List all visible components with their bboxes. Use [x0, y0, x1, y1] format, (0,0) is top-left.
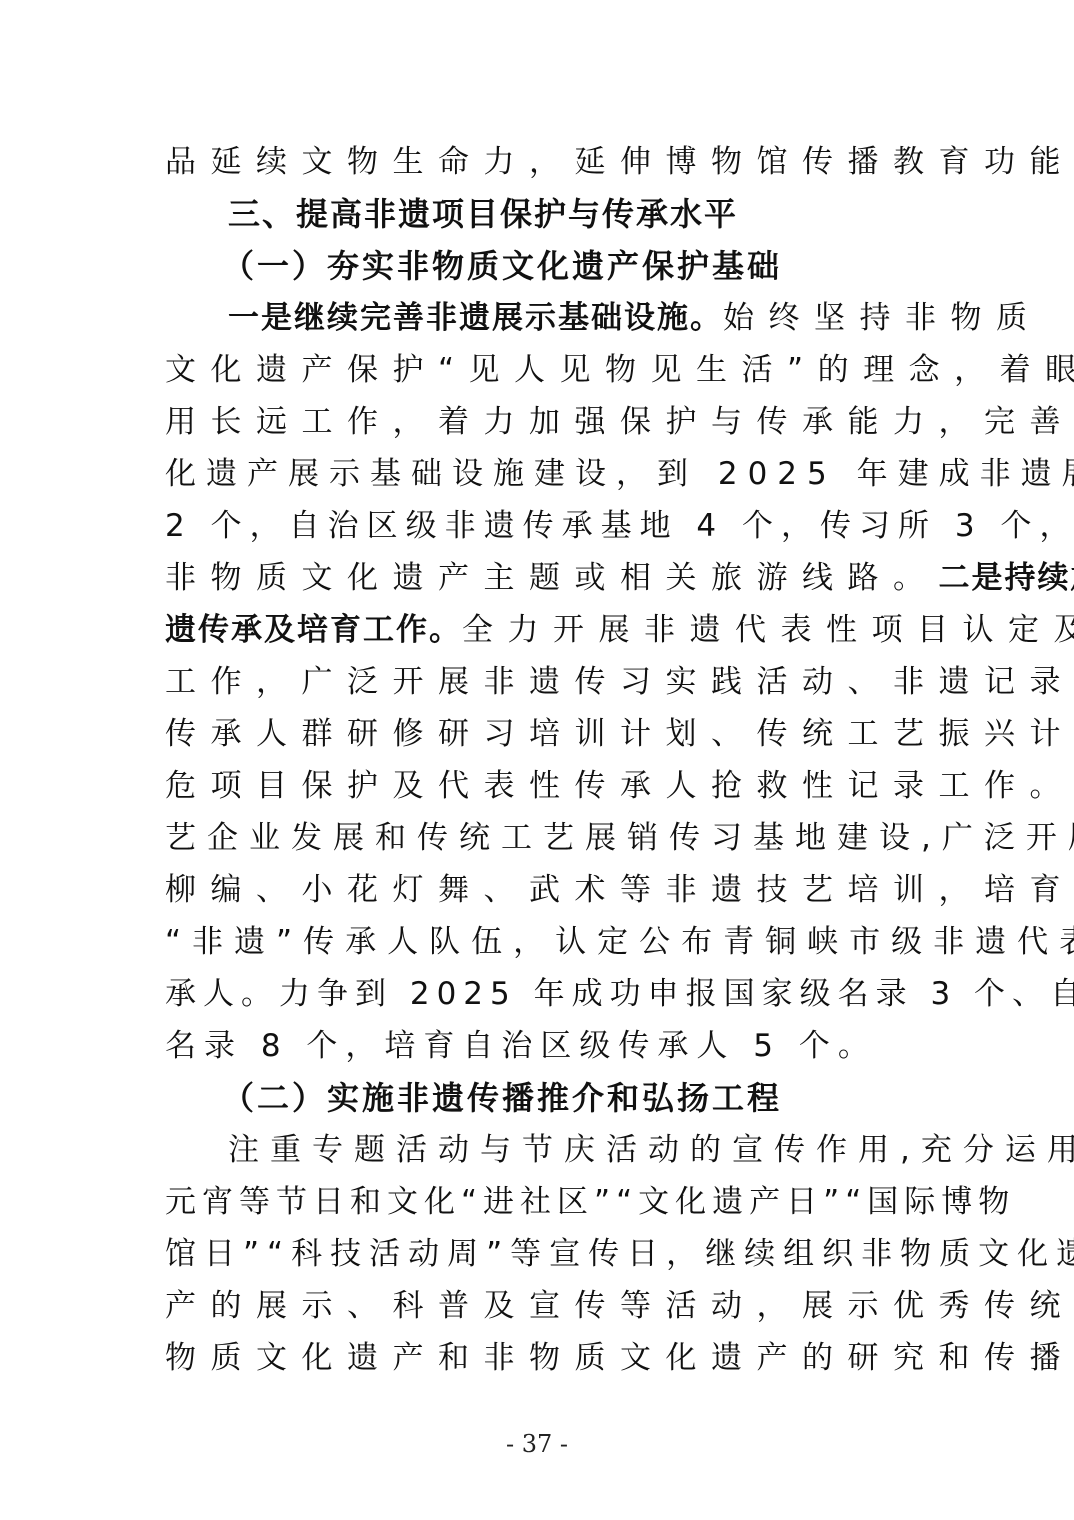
body-line: 危项目保护及代表性传承人抢救性记录工作。支持传统工 [165, 760, 913, 812]
body-line: 柳编、小花灯舞、武术等非遗技艺培训，培育壮大年轻化 [165, 864, 913, 916]
line-text: 艺企业发展和传统工艺展销传习基地建设,广泛开展剪纸、 [165, 820, 1074, 856]
body-line: 注重专题活动与节庆活动的宣传作用,充分运用春节、 [228, 1124, 913, 1176]
subsection-heading: （二）实施非遗传播推介和弘扬工程 [222, 1072, 970, 1124]
page-number: - 37 - [0, 1430, 1074, 1458]
body-line: 馆日”“科技活动周”等宣传日，继续组织非物质文化遗 [165, 1228, 913, 1280]
subsection-heading: （一）夯实非物质文化遗产保护基础 [222, 240, 970, 292]
line-text: 工作，广泛开展非遗传习实践活动、非遗记录工程、非遗 [165, 664, 1074, 700]
body-line: 化遗产展示基础设施建设，到 2025 年建成非遗展示中心 [165, 448, 913, 500]
body-line: 用长远工作，着力加强保护与传承能力，完善非物质文 [165, 396, 913, 448]
line-text: 非物质文化遗产主题或相关旅游线路。 [165, 560, 939, 596]
line-text: 名录 8 个，培育自治区级传承人 5 个。 [165, 1028, 877, 1064]
bold-lead: 二是持续加强非 [939, 560, 1074, 596]
body-line: 传承人群研修研习培训计划、传统工艺振兴计划、非遗濒 [165, 708, 913, 760]
body-line: 名录 8 个，培育自治区级传承人 5 个。 [165, 1020, 913, 1072]
body-line: 承人。力争到 2025 年成功申报国家级名录 3 个、自治区级 [165, 968, 913, 1020]
line-text: “非遗”传承人队伍，认定公布青铜峡市级非遗代表性传 [165, 924, 1074, 960]
body-line: 工作，广泛开展非遗传习实践活动、非遗记录工程、非遗 [165, 656, 913, 708]
line-text: 馆日”“科技活动周”等宣传日，继续组织非物质文化遗 [165, 1236, 1074, 1272]
bold-lead: 遗传承及培育工作。 [165, 612, 462, 648]
bold-lead: 一是继续完善非遗展示基础设施。 [228, 300, 723, 336]
body-line: 艺企业发展和传统工艺展销传习基地建设,广泛开展剪纸、 [165, 812, 913, 864]
line-text: 化遗产展示基础设施建设，到 2025 年建成非遗展示中心 [165, 456, 1074, 492]
line-text: 始终坚持非物质 [723, 300, 1042, 336]
line-text: 承人。力争到 2025 年成功申报国家级名录 3 个、自治区级 [165, 976, 1074, 1012]
line-text: 产的展示、科普及宣传等活动，展示优秀传统文化，促进 [165, 1288, 1074, 1324]
line-text: 柳编、小花灯舞、武术等非遗技艺培训，培育壮大年轻化 [165, 872, 1074, 908]
heading-text: （二）实施非遗传播推介和弘扬工程 [222, 1079, 782, 1117]
line-text: 元宵等节日和文化“进社区”“文化遗产日”“国际博物 [165, 1184, 1015, 1220]
body-line: 非物质文化遗产主题或相关旅游线路。二是持续加强非 [165, 552, 913, 604]
line-text: 全力开展非遗代表性项目认定及培育 [462, 612, 1074, 648]
document-page: 品延续文物生命力，延伸博物馆传播教育功能。 三、提高非遗项目保护与传承水平 （一… [0, 0, 1074, 1520]
line-text: 注重专题活动与节庆活动的宣传作用,充分运用春节、 [228, 1132, 1074, 1168]
line-text: 文化遗产保护“见人见物见生活”的理念，着眼转化利 [165, 352, 1074, 388]
line-text: 物质文化遗产和非物质文化遗产的研究和传播。 [165, 1340, 1074, 1376]
body-line: 品延续文物生命力，延伸博物馆传播教育功能。 [165, 136, 913, 188]
body-line: 物质文化遗产和非物质文化遗产的研究和传播。 [165, 1332, 913, 1384]
line-text: 危项目保护及代表性传承人抢救性记录工作。支持传统工 [165, 768, 1074, 804]
heading-text: 三、提高非遗项目保护与传承水平 [228, 195, 738, 233]
body-line: “非遗”传承人队伍，认定公布青铜峡市级非遗代表性传 [165, 916, 913, 968]
line-text: 用长远工作，着力加强保护与传承能力，完善非物质文 [165, 404, 1074, 440]
heading-text: （一）夯实非物质文化遗产保护基础 [222, 247, 782, 285]
section-heading: 三、提高非遗项目保护与传承水平 [228, 188, 913, 240]
body-line: 遗传承及培育工作。全力开展非遗代表性项目认定及培育 [165, 604, 913, 656]
body-line: 文化遗产保护“见人见物见生活”的理念，着眼转化利 [165, 344, 913, 396]
line-text: 品延续文物生命力，延伸博物馆传播教育功能。 [165, 144, 1074, 180]
body-line: 一是继续完善非遗展示基础设施。始终坚持非物质 [228, 292, 913, 344]
body-line: 元宵等节日和文化“进社区”“文化遗产日”“国际博物 [165, 1176, 913, 1228]
line-text: 传承人群研修研习培训计划、传统工艺振兴计划、非遗濒 [165, 716, 1074, 752]
body-line: 2 个，自治区级非遗传承基地 4 个，传习所 3 个，并纳入 [165, 500, 913, 552]
body-line: 产的展示、科普及宣传等活动，展示优秀传统文化，促进 [165, 1280, 913, 1332]
line-text: 2 个，自治区级非遗传承基地 4 个，传习所 3 个，并纳入 [165, 508, 1074, 544]
